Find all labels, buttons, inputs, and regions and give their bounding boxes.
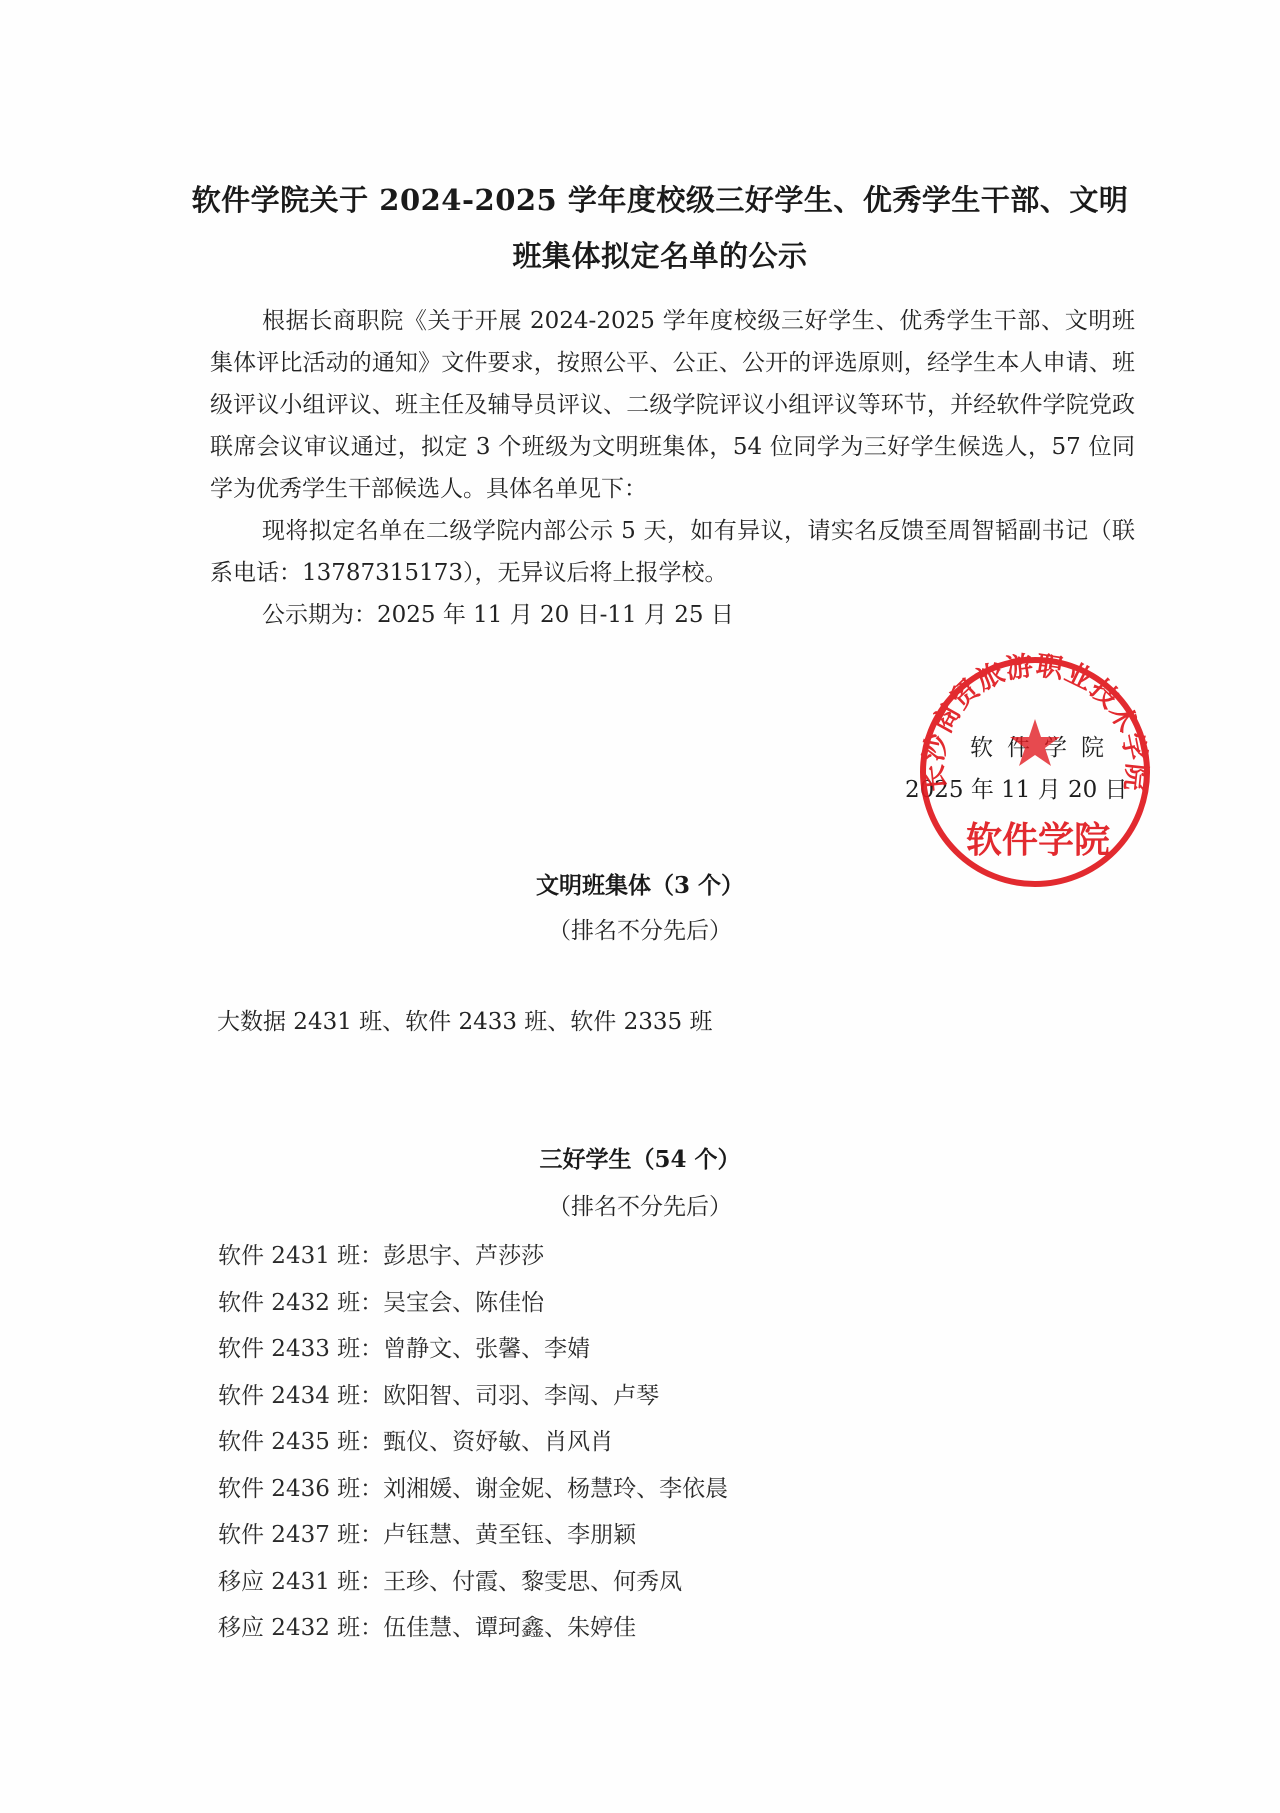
student-names: 欧阳智、司羽、李闯、卢琴 xyxy=(383,1383,659,1409)
three-good-students-note: （排名不分先后） xyxy=(0,1188,1280,1221)
roster-row: 软件 2436 班：刘湘媛、谢金妮、杨慧玲、李依晨 xyxy=(218,1466,728,1513)
roster-row: 移应 2432 班：伍佳慧、谭珂鑫、朱婷佳 xyxy=(218,1605,728,1652)
student-names: 卢钰慧、黄至钰、李朋颖 xyxy=(383,1522,636,1548)
roster-row: 移应 2431 班：王珍、付霞、黎雯思、何秀凤 xyxy=(218,1559,728,1606)
class-label: 软件 2431 班： xyxy=(218,1243,383,1269)
three-good-students-heading: 三好学生（54 个） xyxy=(0,1141,1280,1174)
student-names: 伍佳慧、谭珂鑫、朱婷佳 xyxy=(383,1615,636,1641)
class-label: 软件 2436 班： xyxy=(218,1476,383,1502)
roster-row: 软件 2433 班：曾静文、张馨、李婧 xyxy=(218,1326,728,1373)
document-page: 软件学院关于 2024-2025 学年度校级三好学生、优秀学生干部、文明 班集体… xyxy=(0,0,1280,1813)
roster-row: 软件 2435 班：甄仪、资妤敏、肖风肖 xyxy=(218,1419,728,1466)
signature-block: 软件学院 2025 年 11 月 20 日 xyxy=(905,727,1145,811)
notice-body: 根据长商职院《关于开展 2024-2025 学年度校级三好学生、优秀学生干部、文… xyxy=(210,300,1135,636)
seal-inner-text: 软件学院 xyxy=(966,819,1110,861)
paragraph-publicity: 现将拟定名单在二级学院内部公示 5 天，如有异议，请实名反馈至周智韬副书记（联系… xyxy=(210,510,1135,594)
class-label: 软件 2434 班： xyxy=(218,1383,383,1409)
roster-row: 软件 2437 班：卢钰慧、黄至钰、李朋颖 xyxy=(218,1512,728,1559)
class-label: 移应 2432 班： xyxy=(218,1615,383,1641)
civilized-classes-heading: 文明班集体（3 个） xyxy=(0,867,1280,900)
student-names: 甄仪、资妤敏、肖风肖 xyxy=(383,1429,613,1455)
student-names: 曾静文、张馨、李婧 xyxy=(383,1336,590,1362)
signature-date: 2025 年 11 月 20 日 xyxy=(905,769,1145,811)
paragraph-period: 公示期为：2025 年 11 月 20 日-11 月 25 日 xyxy=(210,594,1135,636)
roster-row: 软件 2431 班：彭思宇、芦莎莎 xyxy=(218,1233,728,1280)
class-label: 软件 2433 班： xyxy=(218,1336,383,1362)
class-label: 移应 2431 班： xyxy=(218,1569,383,1595)
class-label: 软件 2435 班： xyxy=(218,1429,383,1455)
paragraph-basis: 根据长商职院《关于开展 2024-2025 学年度校级三好学生、优秀学生干部、文… xyxy=(210,300,1135,510)
student-names: 吴宝会、陈佳怡 xyxy=(383,1290,544,1316)
document-title: 软件学院关于 2024-2025 学年度校级三好学生、优秀学生干部、文明 班集体… xyxy=(190,172,1130,284)
class-label: 软件 2432 班： xyxy=(218,1290,383,1316)
title-line-2: 班集体拟定名单的公示 xyxy=(190,228,1130,284)
class-label: 软件 2437 班： xyxy=(218,1522,383,1548)
student-names: 王珍、付霞、黎雯思、何秀凤 xyxy=(383,1569,682,1595)
roster-row: 软件 2432 班：吴宝会、陈佳怡 xyxy=(218,1280,728,1327)
student-names: 彭思宇、芦莎莎 xyxy=(383,1243,544,1269)
student-names: 刘湘媛、谢金妮、杨慧玲、李依晨 xyxy=(383,1476,728,1502)
title-line-1: 软件学院关于 2024-2025 学年度校级三好学生、优秀学生干部、文明 xyxy=(190,172,1130,228)
civilized-classes-list: 大数据 2431 班、软件 2433 班、软件 2335 班 xyxy=(217,1003,712,1036)
roster-row: 软件 2434 班：欧阳智、司羽、李闯、卢琴 xyxy=(218,1373,728,1420)
three-good-students-roster: 软件 2431 班：彭思宇、芦莎莎 软件 2432 班：吴宝会、陈佳怡 软件 2… xyxy=(218,1233,728,1652)
civilized-classes-note: （排名不分先后） xyxy=(0,912,1280,945)
signature-org: 软件学院 xyxy=(905,727,1145,769)
